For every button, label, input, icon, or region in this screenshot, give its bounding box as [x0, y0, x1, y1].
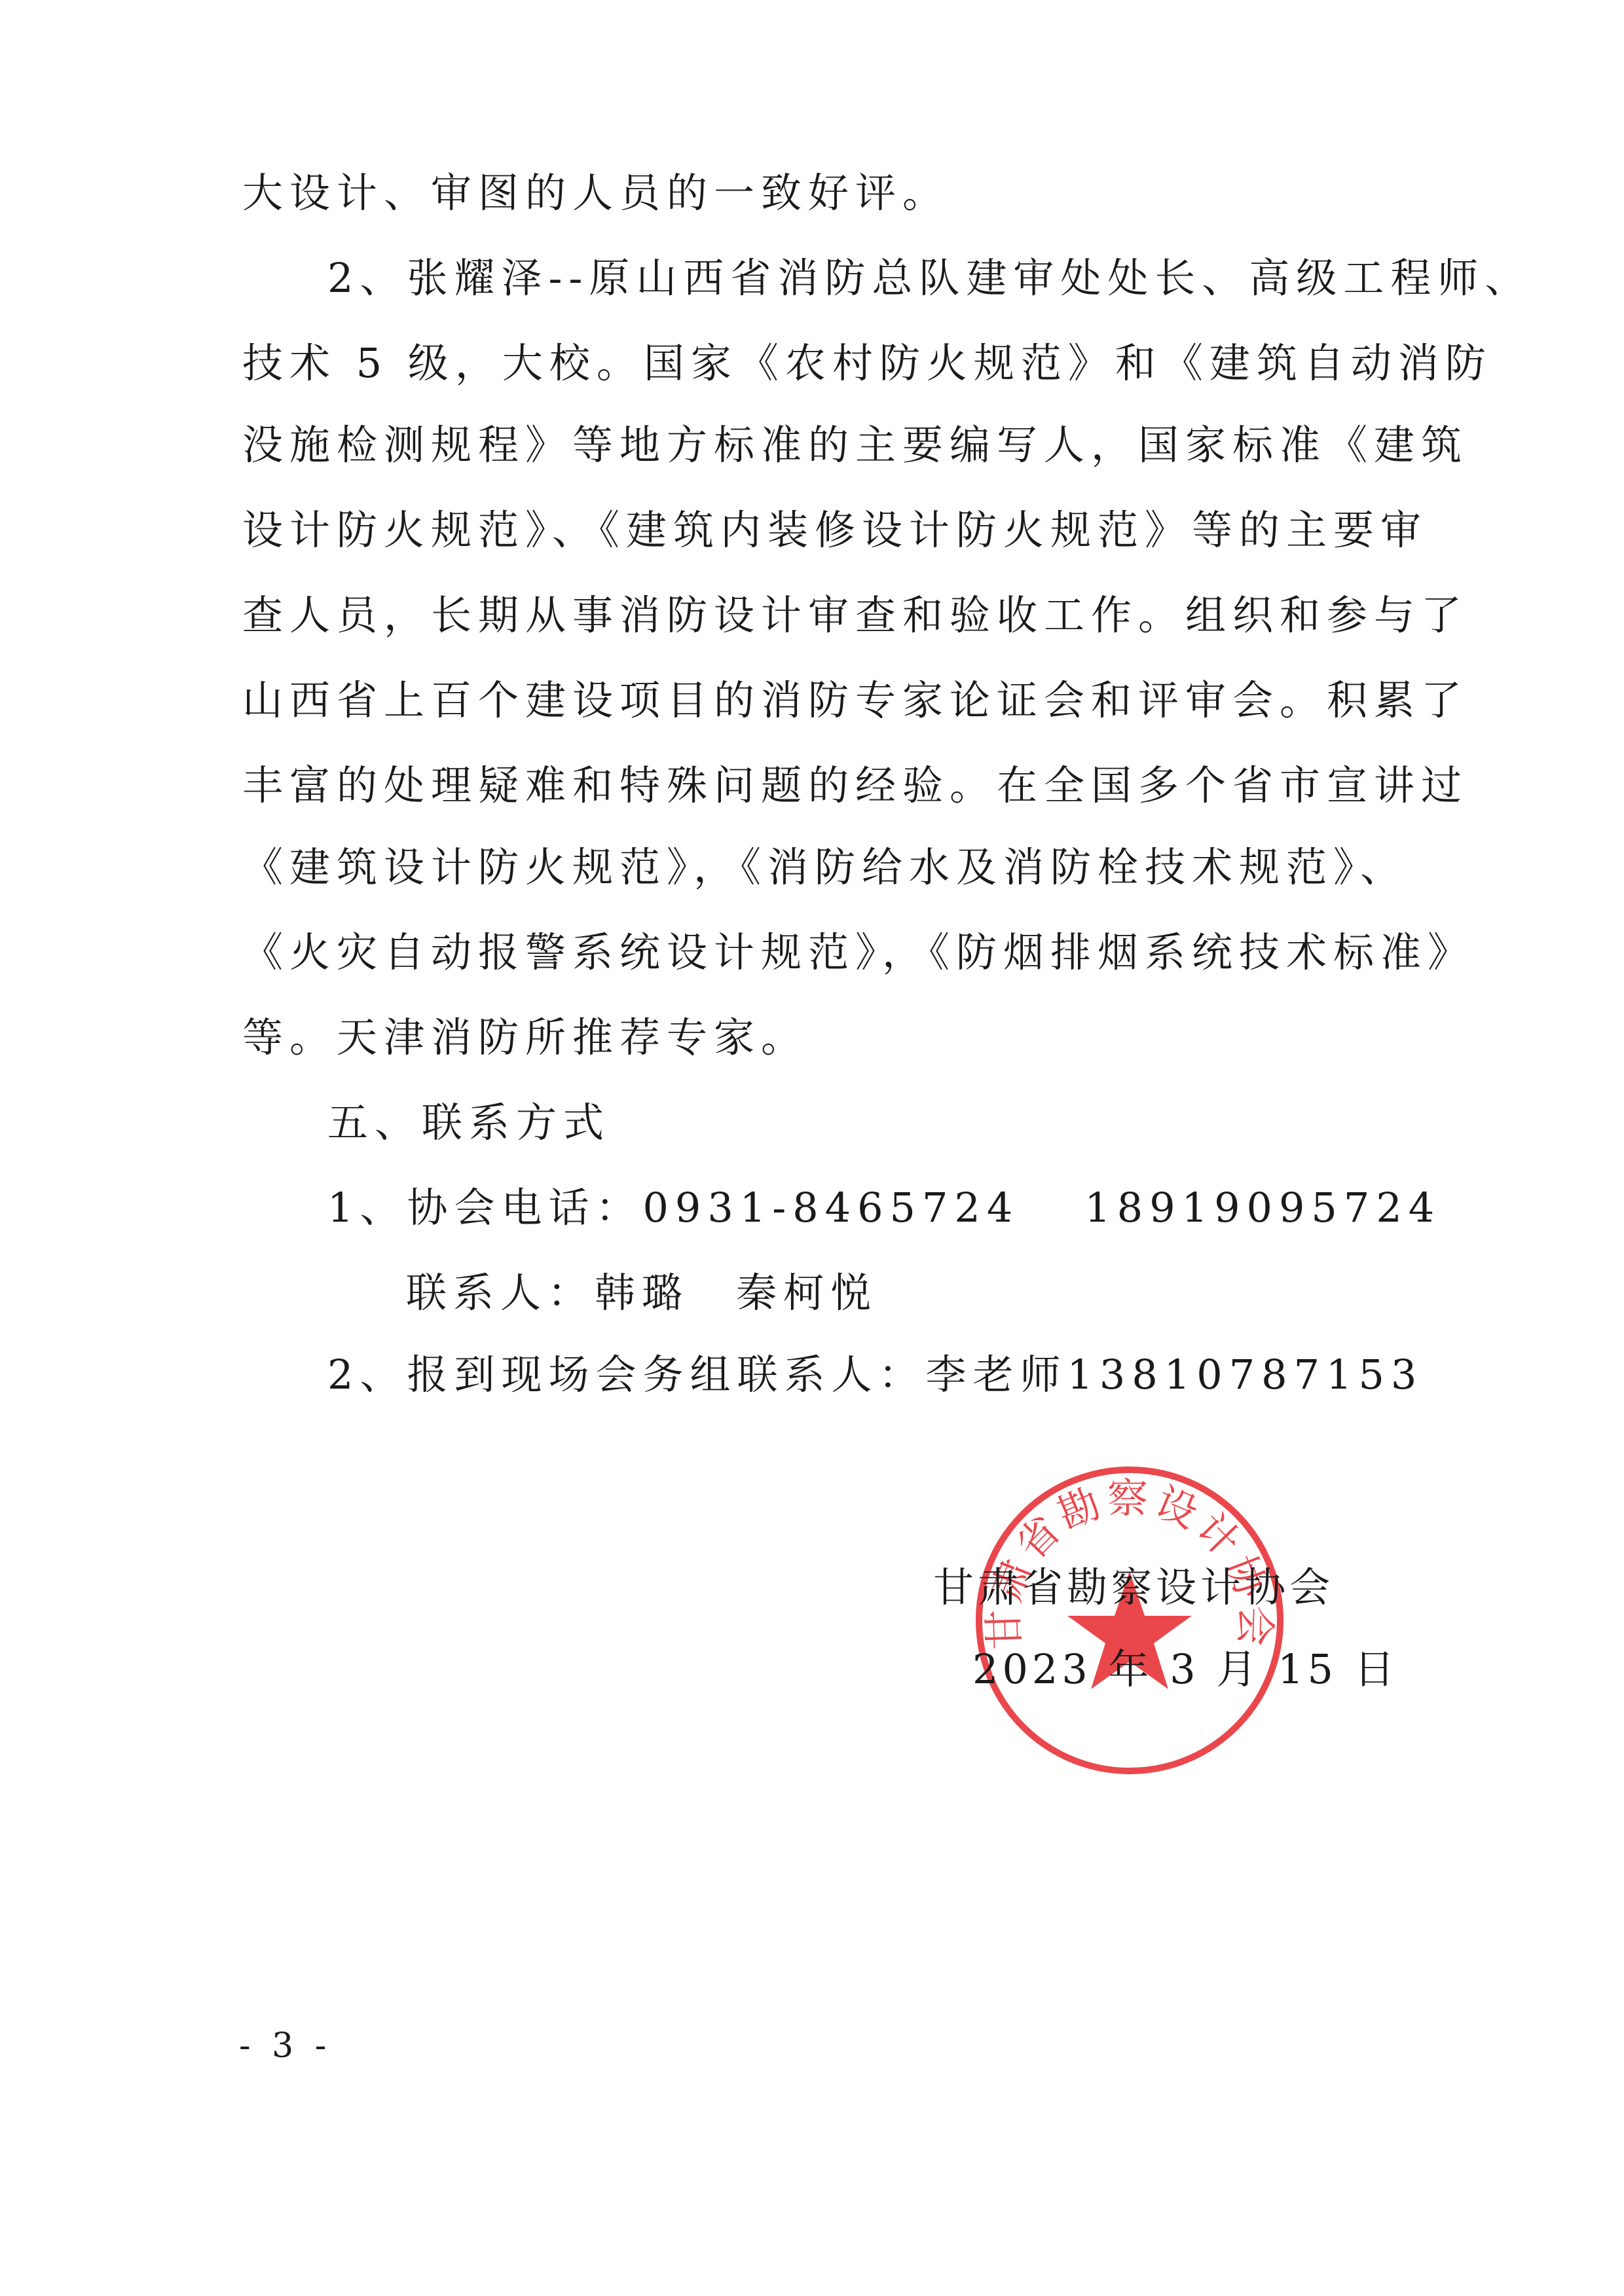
onsite-label: 2、报到现场会务组联系人： — [327, 1351, 925, 1398]
phone-number-2: 18919095724 — [1084, 1184, 1441, 1231]
official-seal: 甘肃省勘察设计协会 — [976, 1467, 1283, 1774]
contact-persons-line: 联系人：韩璐 秦柯悦 — [406, 1267, 877, 1319]
paragraph-line: 没施检测规程》等地方标准的主要编写人，国家标准《建筑 — [242, 419, 1468, 471]
onsite-phone: 13810787153 — [1067, 1351, 1423, 1398]
paragraph-line: 2、张耀泽--原山西省消防总队建审处处长、高级工程师、 — [327, 252, 1532, 304]
paragraph-line: 丰富的处理疑难和特殊问题的经验。在全国多个省市宣讲过 — [242, 759, 1468, 812]
phone-number-1: 0931-8465724 — [642, 1184, 1019, 1231]
onsite-person: 李老师 — [925, 1351, 1067, 1398]
signature-organization: 甘肃省勘察设计协会 — [933, 1561, 1334, 1614]
document-page: 大设计、审图的人员的一致好评。 2、张耀泽--原山西省消防总队建审处处长、高级工… — [0, 0, 1624, 2296]
contact-names: 韩璐 秦柯悦 — [595, 1269, 877, 1317]
signature-date: 2023 年 3 月 15 日 — [972, 1643, 1399, 1696]
contacts-label: 联系人： — [406, 1269, 595, 1317]
paragraph-line: 设计防火规范》、《建筑内装修设计防火规范》等的主要审 — [242, 504, 1428, 556]
paragraph-line: 《建筑设计防火规范》，《消防给水及消防栓技术规范》、 — [242, 841, 1407, 894]
onsite-contact-line: 2、报到现场会务组联系人：李老师13810787153 — [327, 1349, 1423, 1401]
paragraph-line: 等。天津消防所推荐专家。 — [242, 1011, 808, 1064]
paragraph-line: 查人员，长期从事消防设计审查和验收工作。组织和参与了 — [242, 589, 1468, 642]
phone-label: 1、协会电话： — [327, 1184, 642, 1231]
paragraph-line: 技术 5 级，大校。国家《农村防火规范》和《建筑自动消防 — [242, 337, 1492, 390]
seal-star-icon: 甘肃省勘察设计协会 — [982, 1473, 1277, 1768]
paragraph-line: 山西省上百个建设项目的消防专家论证会和评审会。积累了 — [242, 674, 1468, 727]
page-number: - 3 - — [239, 2026, 331, 2066]
contact-phone-line: 1、协会电话：0931-846572418919095724 — [327, 1182, 1441, 1234]
section-heading: 五、联系方式 — [327, 1097, 610, 1149]
paragraph-line: 《火灾自动报警系统设计规范》，《防烟排烟系统技术标准》 — [242, 926, 1475, 979]
paragraph-line: 大设计、审图的人员的一致好评。 — [242, 167, 950, 219]
